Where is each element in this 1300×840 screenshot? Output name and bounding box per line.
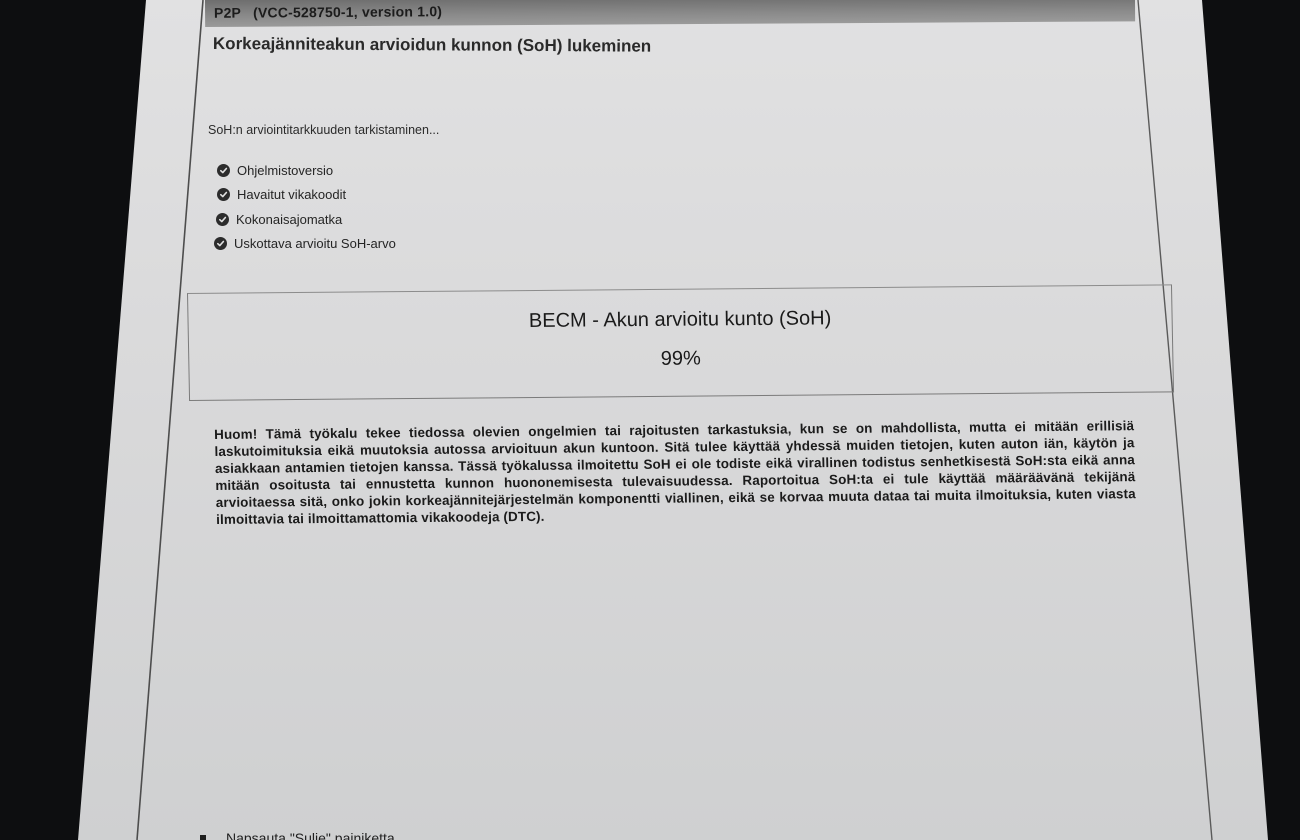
footer-instruction: Napsauta "Sulje" painiketta <box>200 830 395 840</box>
photo-scene: P2P (VCC-528750-1, version 1.0) Korkeajä… <box>0 0 1300 840</box>
soh-label: BECM - Akun arvioitu kunto (SoH) <box>188 304 1171 336</box>
check-list: Ohjelmistoversio Havaitut vikakoodit Kok… <box>217 158 396 256</box>
header-code: P2P <box>214 5 241 21</box>
check-circle-icon <box>217 188 230 201</box>
check-section-subtitle: SoH:n arviointitarkkuuden tarkistaminen.… <box>208 123 439 137</box>
soh-value: 99% <box>189 343 1172 375</box>
footer-instruction-text: Napsauta "Sulje" painiketta <box>226 830 395 840</box>
check-item: Ohjelmistoversio <box>217 158 396 183</box>
bullet-icon <box>200 835 206 840</box>
check-circle-icon <box>216 213 229 226</box>
disclaimer-note: Huom! Tämä työkalu tekee tiedossa olevie… <box>214 418 1136 528</box>
check-item-label: Havaitut vikakoodit <box>237 187 346 202</box>
page-title: Korkeajänniteakun arvioidun kunnon (SoH)… <box>213 34 651 57</box>
check-item-label: Kokonaisajomatka <box>236 212 342 227</box>
check-item: Uskottava arvioitu SoH-arvo <box>214 232 396 257</box>
check-item-label: Ohjelmistoversio <box>237 163 333 178</box>
check-item: Havaitut vikakoodit <box>217 183 396 208</box>
check-item: Kokonaisajomatka <box>216 207 396 232</box>
soh-result-box: BECM - Akun arvioitu kunto (SoH) 99% <box>187 284 1174 401</box>
check-circle-icon <box>217 164 230 177</box>
document-header: P2P (VCC-528750-1, version 1.0) <box>214 3 442 21</box>
header-reference: (VCC-528750-1, version 1.0) <box>253 3 442 20</box>
check-circle-icon <box>214 237 227 250</box>
check-item-label: Uskottava arvioitu SoH-arvo <box>234 236 396 251</box>
